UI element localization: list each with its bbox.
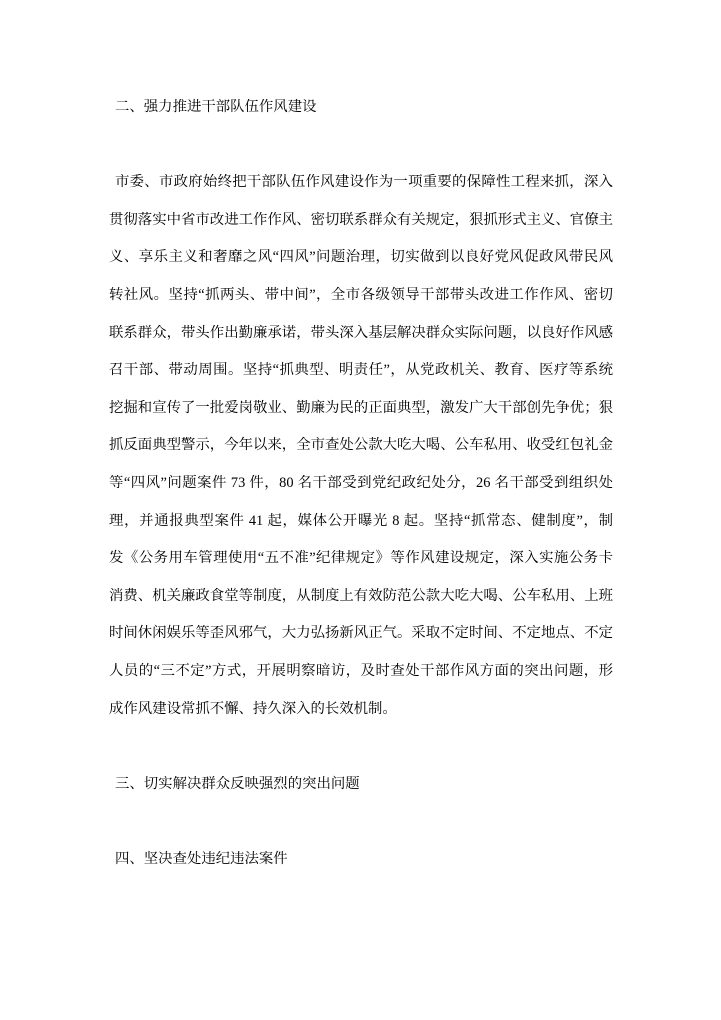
paragraph-line: 贯彻落实中省市改进工作作风、密切联系群众有关规定，狠抓形式主义、官僚主: [109, 202, 613, 240]
paragraph-line: 挖掘和宣传了一批爱岗敬业、勤廉为民的正面典型，激发广大干部创先争优；狠: [109, 390, 613, 428]
paragraph-line: 市委、市政府始终把干部队伍作风建设作为一项重要的保障性工程来抓，深入: [109, 164, 613, 202]
section-heading-4: 四、坚决查处违纪违法案件: [109, 841, 613, 879]
paragraph-line: 发《公务用车管理使用“五不准”纪律规定》等作风建设规定，深入实施公务卡: [109, 540, 613, 578]
paragraph-line: 消费、机关廉政食堂等制度，从制度上有效防范公款大吃大喝、公车私用、上班: [109, 578, 613, 616]
blank-line: [109, 127, 613, 165]
paragraph-line: 抓反面典型警示，今年以来，全市查处公款大吃大喝、公车私用、收受红包礼金: [109, 427, 613, 465]
paragraph-line: 召干部、带动周围。坚持“抓典型、明责任”，从党政机关、教育、医疗等系统: [109, 352, 613, 390]
document-page: 二、强力推进干部队伍作风建设 市委、市政府始终把干部队伍作风建设作为一项重要的保…: [109, 89, 613, 878]
blank-line: [109, 803, 613, 841]
paragraph-line: 理，并通报典型案件 41 起，媒体公开曝光 8 起。坚持“抓常态、健制度”，制: [109, 503, 613, 541]
paragraph-line: 联系群众，带头作出勤廉承诺，带头深入基层解决群众实际问题，以良好作风感: [109, 315, 613, 353]
section-heading-2: 二、强力推进干部队伍作风建设: [109, 89, 613, 127]
section-heading-3: 三、切实解决群众反映强烈的突出问题: [109, 766, 613, 804]
paragraph-line: 成作风建设常抓不懈、持久深入的长效机制。: [109, 691, 613, 729]
blank-line: [109, 728, 613, 766]
paragraph-line: 等“四风”问题案件 73 件，80 名干部受到党纪政纪处分，26 名干部受到组织…: [109, 465, 613, 503]
paragraph-line: 义、享乐主义和奢靡之风“四风”问题治理，切实做到以良好党风促政风带民风: [109, 239, 613, 277]
paragraph-line: 人员的“三不定”方式，开展明察暗访，及时查处干部作风方面的突出问题，形: [109, 653, 613, 691]
paragraph-line: 时间休闲娱乐等歪风邪气，大力弘扬新风正气。采取不定时间、不定地点、不定: [109, 615, 613, 653]
paragraph-line: 转社风。坚持“抓两头、带中间”，全市各级领导干部带头改进工作作风、密切: [109, 277, 613, 315]
